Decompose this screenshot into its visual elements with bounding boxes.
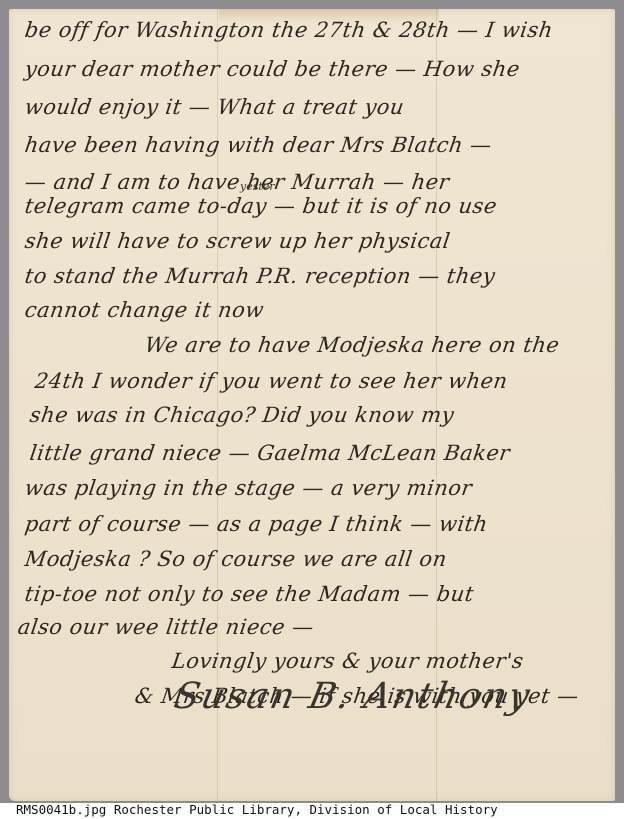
handwritten-line: was playing in the stage — a very minor	[23, 476, 474, 500]
signature: Susan B. Anthony	[171, 676, 536, 717]
handwritten-line: Modjeska ? So of course we are all on	[23, 547, 448, 571]
closing-line: Lovingly yours & your mother's	[170, 649, 525, 673]
handwritten-line: We are to have Modjeska here on the	[143, 333, 561, 357]
handwritten-line: little grand niece — Gaelma McLean Baker	[28, 441, 511, 465]
handwritten-line: to stand the Murrah P.R. reception — the…	[23, 264, 497, 288]
handwritten-line: 24th I wonder if you went to see her whe…	[33, 369, 509, 393]
handwritten-line: — and I am to have her Murrah — her	[23, 170, 451, 194]
handwritten-line: cannot change it now	[23, 298, 265, 322]
handwritten-line: be off for Washington the 27th & 28th — …	[23, 18, 554, 42]
image-caption: RMS0041b.jpg Rochester Public Library, D…	[16, 802, 498, 817]
handwritten-line: have been having with dear Mrs Blatch —	[23, 133, 493, 157]
handwritten-line: telegram came to-day — but it is of no u…	[23, 194, 498, 218]
handwritten-line: would enjoy it — What a treat you	[23, 95, 406, 119]
interlinear-insertion: yester	[240, 180, 275, 193]
handwritten-line: she will have to screw up her physical	[23, 229, 452, 253]
handwritten-line: your dear mother could be there — How sh…	[23, 57, 521, 81]
handwritten-line: part of course — as a page I think — wit…	[23, 512, 489, 536]
handwritten-line: tip-toe not only to see the Madam — but	[23, 582, 475, 606]
handwritten-line: she was in Chicago? Did you know my	[28, 403, 455, 427]
handwritten-line: also our wee little niece —	[16, 615, 315, 639]
